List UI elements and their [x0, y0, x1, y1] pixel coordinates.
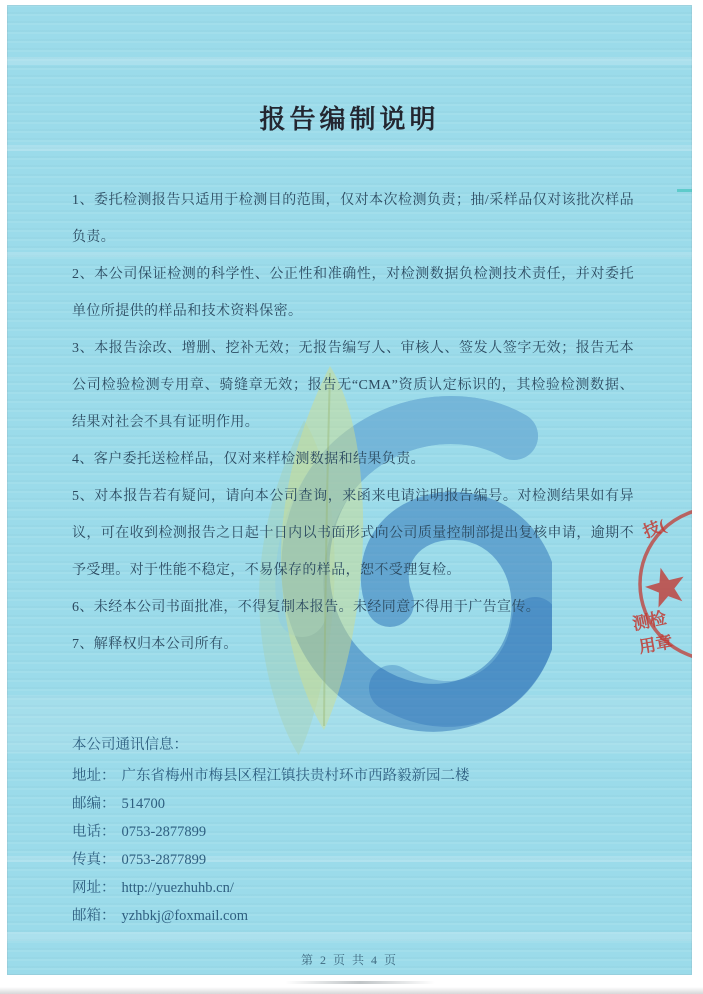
- contact-row-email: 邮箱：yzhbkj@foxmail.com: [72, 902, 634, 930]
- scan-smudge: [285, 981, 435, 984]
- contact-label: 电话：: [72, 824, 116, 840]
- contact-value: 514700: [122, 796, 166, 812]
- contact-value: 0753-2877899: [122, 824, 207, 840]
- report-note-item-3: 3、本报告涂改、增删、挖补无效；无报告编写人、审核人、签发人签字无效；报告无本公…: [72, 330, 634, 441]
- page-number-footer: 第 2 页 共 4 页: [7, 951, 692, 968]
- contact-row-fax: 传真：0753-2877899: [72, 846, 634, 874]
- contact-label: 地址：: [72, 768, 116, 784]
- contact-value: 广东省梅州市梅县区程江镇扶贵村环市西路毅新园二楼: [122, 768, 470, 784]
- official-seal-stamp: 技( 测检 用章: [628, 500, 692, 668]
- contact-value: 0753-2877899: [122, 852, 207, 868]
- page-title: 报告编制说明: [7, 99, 692, 136]
- report-note-item-6: 6、未经本公司书面批准，不得复制本报告。未经同意不得用于广告宣传。: [72, 589, 634, 626]
- contact-row-website: 网址：http://yuezhuhb.cn/: [72, 874, 634, 902]
- contact-row-phone: 电话：0753-2877899: [72, 818, 634, 846]
- contact-info-block: 本公司通讯信息： 地址：广东省梅州市梅县区程江镇扶贵村环市西路毅新园二楼 邮编：…: [72, 732, 634, 930]
- report-notes-list: 1、委托检测报告只适用于检测目的范围，仅对本次检测负责；抽/采样品仅对该批次样品…: [72, 182, 634, 663]
- paper-sheet: 技( 测检 用章 报告编制说明 1、委托检测报告只适用于检测目的范围，仅对本次检…: [7, 5, 692, 975]
- scan-artifact-line: [677, 189, 692, 192]
- contact-label: 邮编：: [72, 796, 116, 812]
- contact-heading: 本公司通讯信息：: [72, 732, 634, 758]
- stamp-text-mid: 测检: [631, 607, 669, 634]
- contact-value: yzhbkj@foxmail.com: [122, 908, 249, 924]
- scan-band: [7, 932, 692, 941]
- scan-band: [7, 57, 692, 65]
- stamp-svg: 技( 测检 用章: [628, 500, 692, 668]
- scan-band: [7, 145, 692, 151]
- contact-label: 网址：: [72, 880, 116, 896]
- star-icon: [641, 563, 689, 610]
- report-note-item-2: 2、本公司保证检测的科学性、公正性和准确性，对检测数据负检测技术责任，并对委托单…: [72, 256, 634, 330]
- contact-value: http://yuezhuhb.cn/: [122, 880, 234, 896]
- stamp-text-bottom: 用章: [637, 631, 674, 657]
- stamp-ring: [640, 508, 692, 660]
- contact-row-address: 地址：广东省梅州市梅县区程江镇扶贵村环市西路毅新园二楼: [72, 762, 634, 790]
- report-note-item-5: 5、对本报告若有疑问，请向本公司查询，来函来电请注明报告编号。对检测结果如有异议…: [72, 478, 634, 589]
- contact-label: 传真：: [72, 852, 116, 868]
- report-note-item-4: 4、客户委托送检样品，仅对来样检测数据和结果负责。: [72, 441, 634, 478]
- scan-edge-shadow: [0, 987, 703, 994]
- scanned-report-page: 技( 测检 用章 报告编制说明 1、委托检测报告只适用于检测目的范围，仅对本次检…: [0, 0, 703, 994]
- contact-label: 邮箱：: [72, 908, 116, 924]
- stamp-text-top: 技(: [639, 515, 669, 543]
- contact-row-postcode: 邮编：514700: [72, 790, 634, 818]
- report-note-item-7: 7、解释权归本公司所有。: [72, 626, 634, 663]
- report-note-item-1: 1、委托检测报告只适用于检测目的范围，仅对本次检测负责；抽/采样品仅对该批次样品…: [72, 182, 634, 256]
